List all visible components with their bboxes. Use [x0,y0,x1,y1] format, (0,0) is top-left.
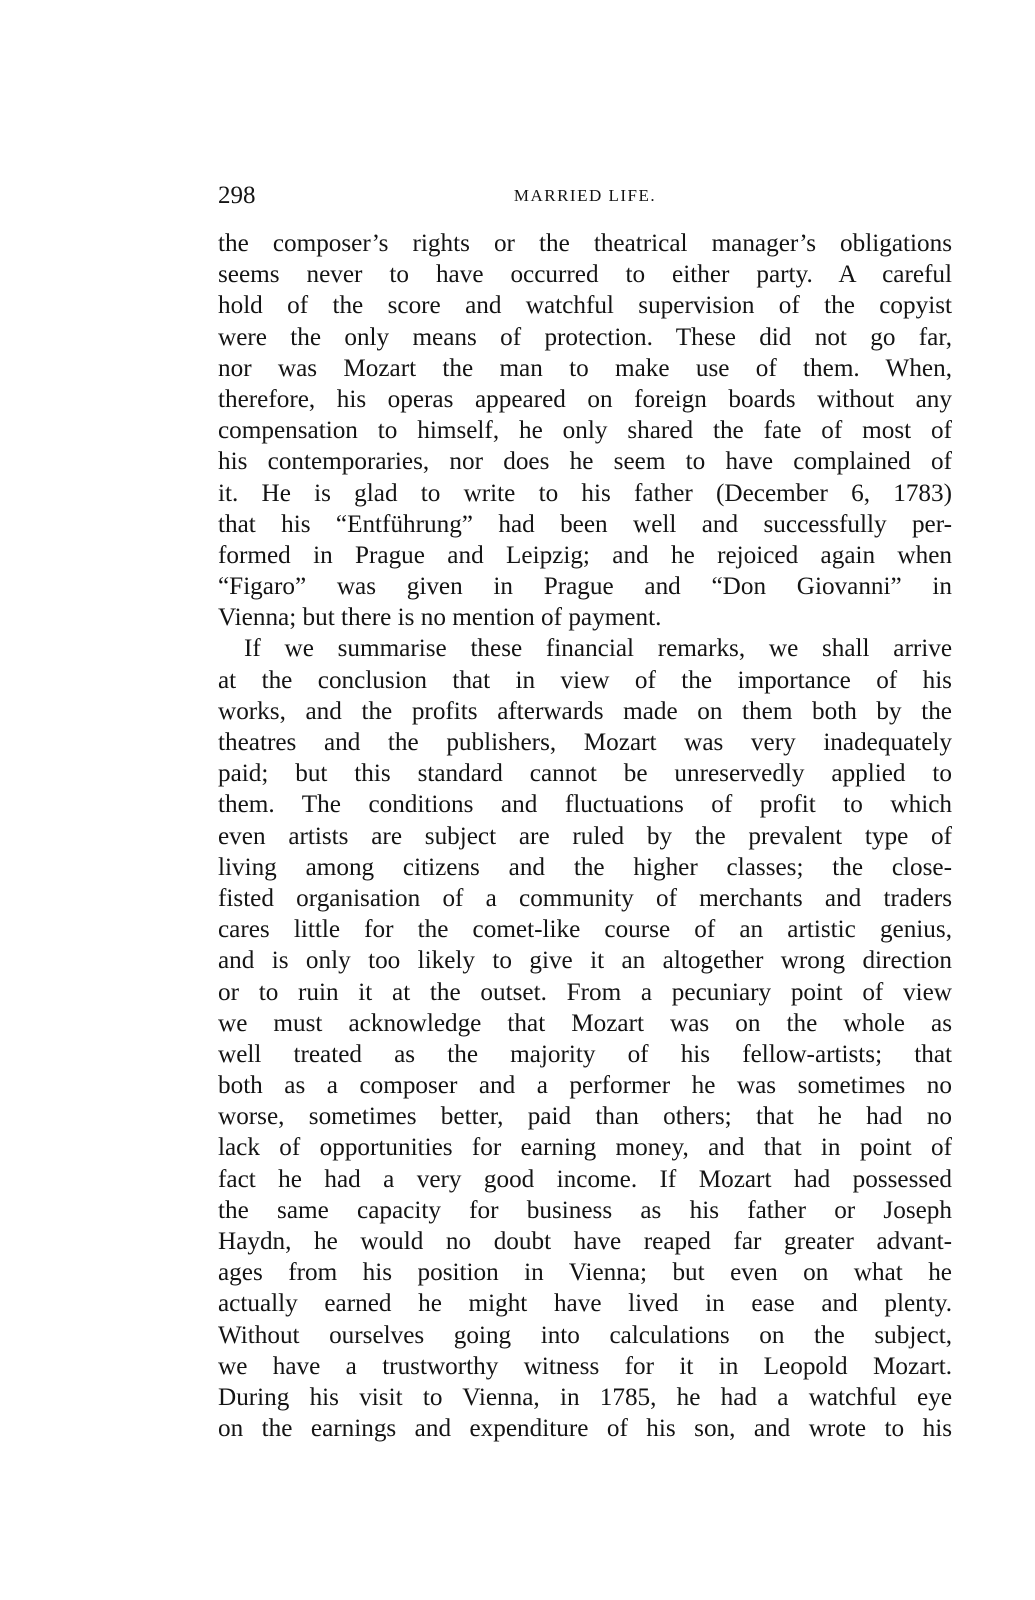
text-line: even artists are subject are ruled by th… [218,821,952,852]
text-line: Vienna; but there is no mention of payme… [218,602,952,633]
text-line: formed in Prague and Leipzig; and he rej… [218,540,952,571]
text-line: living among citizens and the higher cla… [218,852,952,883]
text-line: we have a trustworthy witness for it in … [218,1351,952,1382]
text-line: or to ruin it at the outset. From a pecu… [218,977,952,1008]
text-line: it. He is glad to write to his father (D… [218,478,952,509]
text-line: that his “Entführung” had been well and … [218,509,952,540]
text-line: therefore, his operas appeared on foreig… [218,384,952,415]
text-line: Without ourselves going into calculation… [218,1320,952,1351]
text-line: and is only too likely to give it an alt… [218,945,952,976]
text-line: nor was Mozart the man to make use of th… [218,353,952,384]
text-line: cares little for the comet-like course o… [218,914,952,945]
page-header: 298 MARRIED LIFE. [218,182,952,212]
text-line: on the earnings and expenditure of his s… [218,1413,952,1444]
text-line: them. The conditions and fluctuations of… [218,789,952,820]
text-line: works, and the profits afterwards made o… [218,696,952,727]
text-line: the same capacity for business as his fa… [218,1195,952,1226]
text-line: hold of the score and watchful supervisi… [218,290,952,321]
text-line: fact he had a very good income. If Mozar… [218,1164,952,1195]
text-line: were the only means of protection. These… [218,322,952,353]
text-line: worse, sometimes better, paid than other… [218,1101,952,1132]
text-line: During his visit to Vienna, in 1785, he … [218,1382,952,1413]
text-line: the composer’s rights or the theatrical … [218,228,952,259]
text-line: both as a composer and a performer he wa… [218,1070,952,1101]
paragraph: the composer’s rights or the theatrical … [218,228,952,633]
text-line: actually earned he might have lived in e… [218,1288,952,1319]
text-line: “Figaro” was given in Prague and “Don Gi… [218,571,952,602]
text-line: we must acknowledge that Mozart was on t… [218,1008,952,1039]
text-line: well treated as the majority of his fell… [218,1039,952,1070]
text-line: seems never to have occurred to either p… [218,259,952,290]
text-line: paid; but this standard cannot be unrese… [218,758,952,789]
text-line: If we summarise these financial remarks,… [218,633,952,664]
text-line: lack of opportunities for earning money,… [218,1132,952,1163]
text-line: compensation to himself, he only shared … [218,415,952,446]
text-line: at the conclusion that in view of the im… [218,665,952,696]
text-line: Haydn, he would no doubt have reaped far… [218,1226,952,1257]
text-line: ages from his position in Vienna; but ev… [218,1257,952,1288]
paragraph: If we summarise these financial remarks,… [218,633,952,1444]
text-line: fisted organisation of a community of me… [218,883,952,914]
text-line: theatres and the publishers, Mozart was … [218,727,952,758]
running-head: MARRIED LIFE. [218,186,952,206]
text-line: his contemporaries, nor does he seem to … [218,446,952,477]
body-text: the composer’s rights or the theatrical … [218,228,952,1444]
